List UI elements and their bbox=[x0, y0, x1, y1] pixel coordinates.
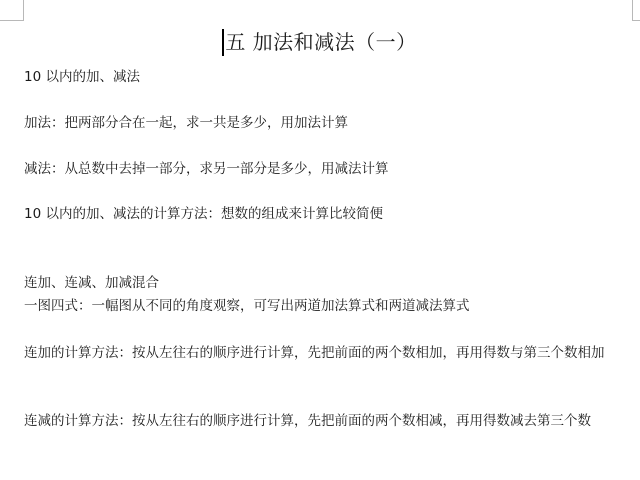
paragraph-addition-definition[interactable]: 加法：把两部分合在一起，求一共是多少，用加法计算 bbox=[24, 111, 634, 135]
paragraph-continuous-subtraction[interactable]: 连减的计算方法：按从左往右的顺序进行计算，先把前面的两个数相减，再用得数减去第三… bbox=[24, 409, 634, 433]
margin-corner-mark-top-right bbox=[632, 0, 640, 21]
paragraph-heading-within-10[interactable]: 10 以内的加、减法 bbox=[24, 65, 634, 89]
margin-corner-mark-top-left bbox=[0, 0, 24, 21]
text-cursor bbox=[222, 29, 224, 56]
paragraph-one-picture-four-equations[interactable]: 一图四式：一幅图从不同的角度观察，可写出两道加法算式和两道减法算式 bbox=[24, 294, 634, 318]
document-title[interactable]: 五 加法和减法（一） bbox=[225, 30, 416, 54]
paragraph-calculation-method[interactable]: 10 以内的加、减法的计算方法：想数的组成来计算比较简便 bbox=[24, 202, 634, 226]
document-page[interactable]: 五 加法和减法（一） 10 以内的加、减法 加法：把两部分合在一起，求一共是多少… bbox=[0, 0, 640, 480]
paragraph-continuous-addition[interactable]: 连加的计算方法：按从左往右的顺序进行计算，先把前面的两个数相加，再用得数与第三个… bbox=[24, 341, 634, 365]
paragraph-heading-mixed[interactable]: 连加、连减、加减混合 bbox=[24, 271, 634, 295]
document-title-line[interactable]: 五 加法和减法（一） bbox=[0, 28, 640, 56]
paragraph-subtraction-definition[interactable]: 减法：从总数中去掉一部分，求另一部分是多少，用减法计算 bbox=[24, 157, 634, 181]
